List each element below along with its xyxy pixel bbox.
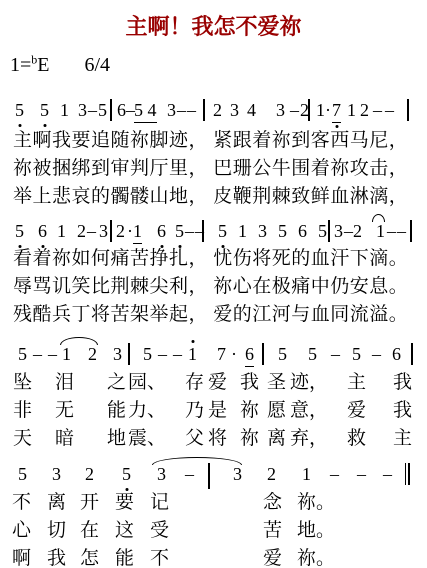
note: 7	[217, 345, 226, 365]
barline	[202, 220, 204, 242]
note: 1	[188, 345, 197, 365]
lyric-syllable: 记	[150, 493, 169, 514]
lyrics-line: 看着祢如何痛苦挣扎， 忧伤将死的血汗下滴。	[13, 245, 408, 273]
lyric-syllable: 愿	[267, 401, 286, 422]
lyrics-line: 主啊我要追随祢脚迹， 紧跟着祢到客西马尼，	[13, 127, 408, 155]
barline	[208, 463, 210, 489]
note: 2	[213, 101, 222, 121]
lyric-syllable: 爱	[263, 549, 282, 568]
note: –	[383, 465, 392, 485]
lyrics-block-1: 主啊我要追随祢脚迹， 紧跟着祢到客西马尼， 祢被捆绑到审判厅里， 巴珊公牛围着祢…	[13, 127, 408, 211]
lyric-syllable: 父	[185, 429, 204, 450]
note: 2	[267, 465, 276, 485]
note: –	[185, 465, 194, 485]
note: 6	[38, 222, 47, 242]
lyric-syllable: 不	[12, 493, 31, 514]
note: 2	[77, 222, 86, 242]
note: 2	[88, 345, 97, 365]
key-note: E	[37, 54, 49, 76]
note: 3	[258, 222, 267, 242]
lyric-syllable: 圣	[267, 373, 286, 394]
note: 5	[318, 222, 327, 242]
note: 1	[133, 222, 142, 244]
note: 5	[18, 345, 27, 365]
music-line-4: 53253–321–––	[0, 465, 427, 485]
aligned-lyrics-row-1: 坠泪之园、存爱我圣迹，主我	[0, 373, 427, 397]
barline	[328, 220, 330, 242]
lyrics-line: 举上悲哀的髑髅山地， 皮鞭荆棘致鲜血淋漓，	[13, 183, 408, 211]
lyric-syllable: 存	[185, 373, 204, 394]
note: 5	[143, 345, 152, 365]
note: 5	[15, 222, 24, 242]
barline	[411, 343, 413, 365]
slur-arc	[60, 337, 98, 345]
lyrics-block-2: 看着祢如何痛苦挣扎， 忧伤将死的血汗下滴。 辱骂讥笑比荆棘尖利， 祢心在极痛中仍…	[13, 245, 408, 329]
note: 4	[247, 101, 256, 121]
lyric-syllable: 苦	[263, 521, 282, 542]
note: –	[344, 222, 353, 242]
lyric-syllable: 祢。	[297, 493, 335, 514]
slur-arc	[152, 457, 242, 465]
note: 2	[353, 222, 362, 242]
note: –	[373, 101, 382, 121]
music-line-1: 5513–56–5 43––2343–21·712––	[0, 101, 427, 121]
lyrics-line: 辱骂讥笑比荆棘尖利， 祢心在极痛中仍安息。	[13, 273, 408, 301]
lyric-syllable: 我	[393, 401, 412, 422]
note: 3	[334, 222, 343, 242]
lyric-syllable: 主	[393, 429, 412, 450]
note: –	[48, 345, 57, 365]
note: –	[397, 222, 406, 242]
lyric-syllable: 迹，	[290, 373, 328, 394]
note: 1	[302, 465, 311, 485]
note: 1	[60, 101, 69, 121]
note: 3	[52, 465, 61, 485]
barline	[410, 220, 412, 242]
lyric-syllable: 坠	[13, 373, 32, 394]
lyric-syllable: 天	[13, 429, 32, 450]
lyric-syllable: 心	[12, 521, 31, 542]
lyric-syllable: 弃，	[290, 429, 328, 450]
note: –	[33, 345, 42, 365]
aligned-lyrics-row-3: 天暗地震、父将祢离弃，救主	[0, 429, 427, 453]
aligned-lyrics-row-2: 非无能力、乃是祢愿意，爱我	[0, 401, 427, 425]
lyric-syllable: 泪	[55, 373, 74, 394]
note: 3	[167, 101, 176, 121]
note: 1	[62, 345, 71, 365]
note: 3	[99, 222, 108, 242]
note: 3	[276, 101, 285, 121]
lyric-syllable: 之	[107, 373, 126, 394]
note: –	[87, 222, 96, 242]
barline	[407, 99, 409, 121]
lyrics-line: 残酷兵丁将苦架举起， 爱的江河与血同流溢。	[13, 301, 408, 329]
note: –	[331, 345, 340, 365]
lyric-syllable: 爱	[208, 373, 227, 394]
note: 6	[392, 345, 401, 365]
lyric-syllable: 啊	[12, 549, 31, 568]
note: 5	[175, 222, 184, 242]
aligned-lyrics-row-5: 心切在这受苦地。	[0, 521, 427, 545]
lyric-syllable: 力、	[128, 401, 166, 422]
note: 1	[347, 101, 356, 121]
note: 5	[98, 101, 107, 121]
note: 6	[157, 222, 166, 242]
lyric-syllable: 我	[393, 373, 412, 394]
note: –	[187, 101, 196, 121]
octave-dot-above	[191, 340, 194, 343]
note: 6	[117, 101, 126, 121]
lyric-syllable: 意，	[290, 401, 328, 422]
music-line-3: 5––1235––17·655–5–6	[0, 345, 427, 365]
key-signature: 1=bE 6/4	[10, 52, 110, 77]
barline	[262, 343, 264, 365]
note: 5	[278, 222, 287, 242]
lyric-syllable: 我	[240, 373, 259, 394]
note: –	[173, 345, 182, 365]
note: 3	[157, 465, 166, 485]
lyric-syllable: 园、	[128, 373, 166, 394]
hymn-sheet: 主啊！我怎不爱祢 1=bE 6/4 5513–56–5 43––2343–21·…	[0, 0, 427, 568]
aligned-lyrics-row-6: 啊我怎能不爱祢。	[0, 549, 427, 568]
note: 5	[352, 345, 361, 365]
lyric-syllable: 震、	[128, 429, 166, 450]
lyric-syllable: 地。	[297, 521, 335, 542]
note: 3	[78, 101, 87, 121]
lyric-syllable: 非	[13, 401, 32, 422]
note: 3	[230, 101, 239, 121]
note: ·	[231, 345, 237, 365]
lyric-syllable: 能	[115, 549, 134, 568]
lyric-syllable: 主	[347, 373, 366, 394]
key-value: 1=bE	[10, 54, 50, 76]
lyric-syllable: 乃	[185, 401, 204, 422]
barline	[308, 99, 310, 121]
note: 5	[218, 222, 227, 242]
aligned-lyrics-row-4: 不离开要记念祢。	[0, 493, 427, 517]
barline	[110, 220, 112, 242]
note: 5	[308, 345, 317, 365]
lyric-syllable: 能	[107, 401, 126, 422]
music-line-2: 5612–32·165––5135653–21––	[0, 222, 427, 242]
lyric-syllable: 我	[47, 549, 66, 568]
note: –	[177, 101, 186, 121]
lyric-syllable: 祢	[240, 401, 259, 422]
lyric-syllable: 受	[150, 521, 169, 542]
lyric-syllable: 离	[47, 493, 66, 514]
note: 6	[298, 222, 307, 242]
note: 2	[116, 222, 125, 242]
lyric-syllable: 在	[80, 521, 99, 542]
note: 5	[278, 345, 287, 365]
lyric-syllable: 切	[47, 521, 66, 542]
note: –	[185, 222, 194, 242]
lyric-syllable: 这	[115, 521, 134, 542]
note: 5	[18, 465, 27, 485]
note: –	[290, 101, 299, 121]
lyric-syllable: 祢	[240, 429, 259, 450]
note: –	[357, 465, 366, 485]
note: –	[330, 465, 339, 485]
lyric-syllable: 是	[208, 401, 227, 422]
page-title: 主啊！我怎不爱祢	[0, 10, 427, 41]
note: 3	[113, 345, 122, 365]
note: 7	[332, 101, 341, 123]
slur-arc	[372, 214, 385, 222]
note: –	[88, 101, 97, 121]
lyric-syllable: 无	[55, 401, 74, 422]
note: 1	[238, 222, 247, 242]
lyric-syllable: 要	[115, 493, 134, 514]
note: 5	[122, 465, 131, 485]
lyric-syllable: 念	[263, 493, 282, 514]
lyric-syllable: 离	[267, 429, 286, 450]
lyric-syllable: 祢。	[297, 549, 335, 568]
lyric-syllable: 怎	[80, 549, 99, 568]
note: 1	[316, 101, 325, 121]
lyric-syllable: 开	[80, 493, 99, 514]
note: –	[385, 101, 394, 121]
note: 2	[85, 465, 94, 485]
note: 5	[15, 101, 24, 121]
note: 1	[57, 222, 66, 242]
lyric-syllable: 不	[150, 549, 169, 568]
note: 5 4	[134, 101, 157, 123]
note: 5	[40, 101, 49, 121]
note: –	[387, 222, 396, 242]
barline	[128, 343, 130, 365]
lyric-syllable: 地	[107, 429, 126, 450]
lyric-syllable: 爱	[347, 401, 366, 422]
time-signature: 6/4	[85, 54, 111, 76]
final-barline	[405, 463, 410, 485]
barline	[203, 99, 205, 121]
note: –	[158, 345, 167, 365]
note: 1	[376, 222, 385, 242]
note: –	[372, 345, 381, 365]
lyric-syllable: 将	[208, 429, 227, 450]
barline	[110, 99, 112, 121]
lyric-syllable: 救	[347, 429, 366, 450]
lyrics-line: 祢被捆绑到审判厅里， 巴珊公牛围着祢攻击，	[13, 155, 408, 183]
note: ·	[325, 101, 331, 121]
lyric-syllable: 暗	[55, 429, 74, 450]
key-prefix: 1=	[10, 54, 31, 76]
note: 6	[245, 345, 254, 367]
octave-dot-below	[125, 488, 128, 491]
note: 2	[360, 101, 369, 121]
note: 3	[233, 465, 242, 485]
